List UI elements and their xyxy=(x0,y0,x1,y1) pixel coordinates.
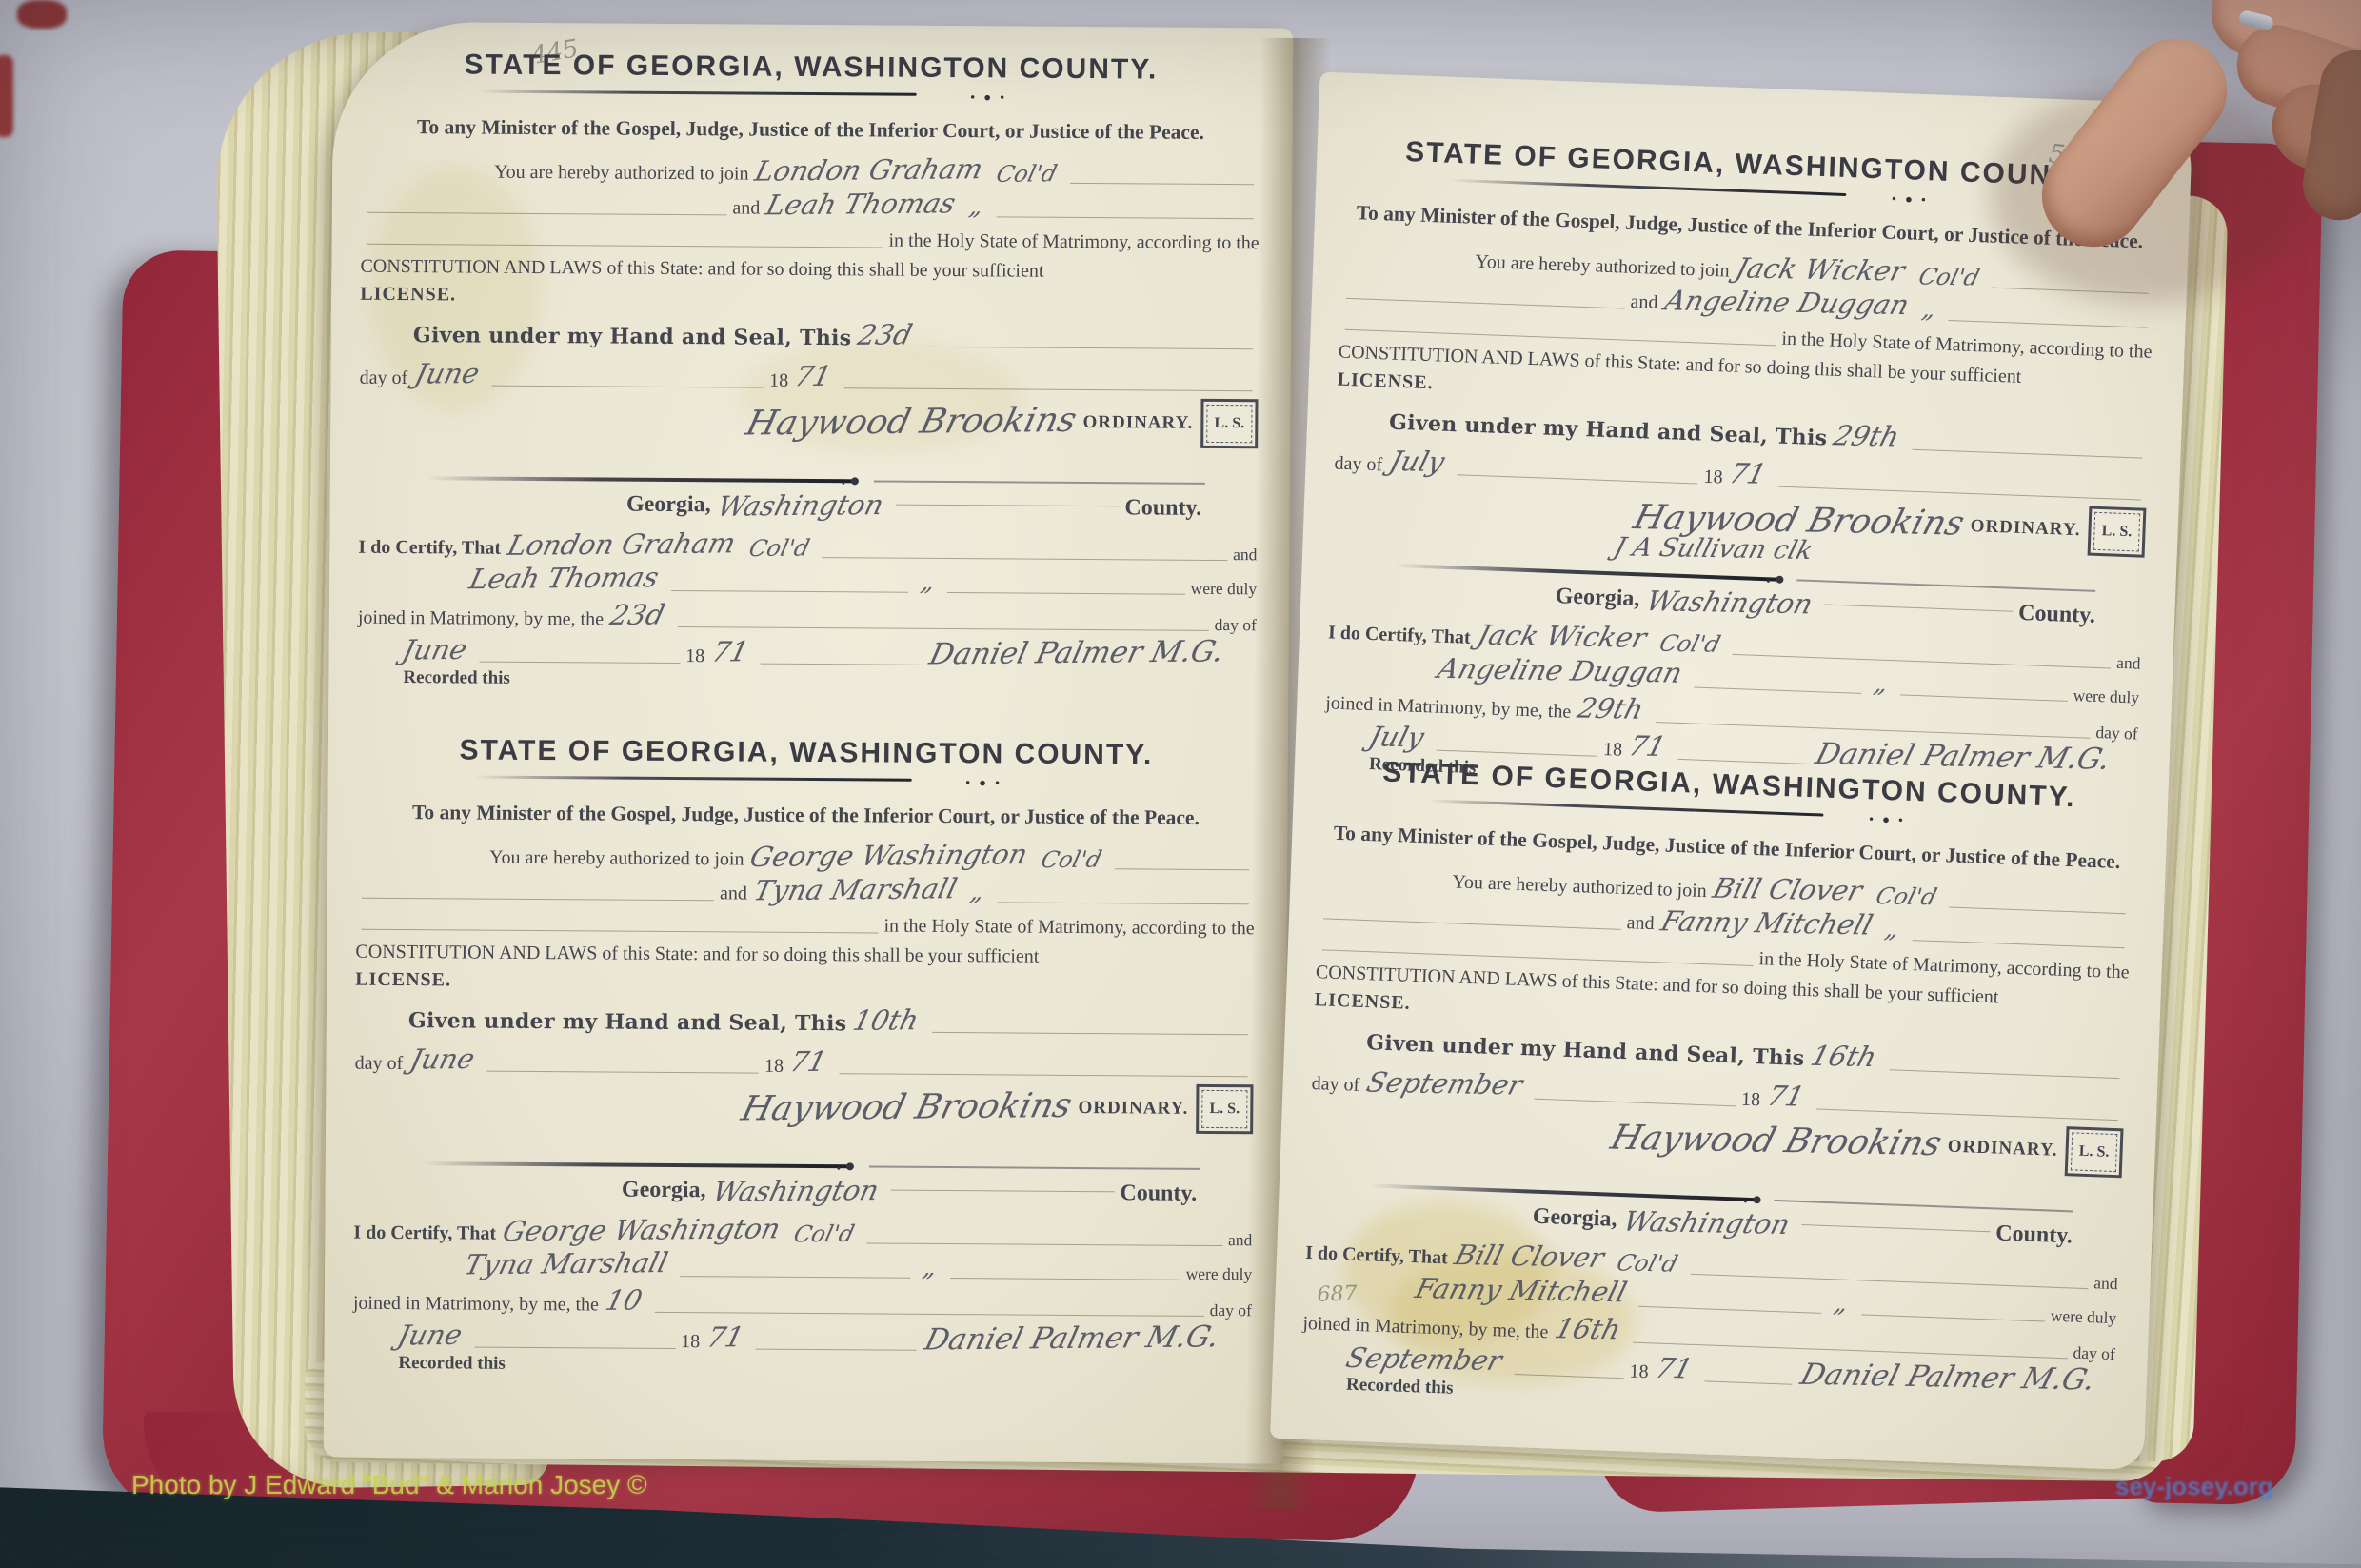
marriage-record-george-washington-tyna-marshall: STATE OF GEORGIA, WASHINGTON COUNTY. • ●… xyxy=(352,734,1256,1380)
photographer-url-watermark: sey-josey.org xyxy=(2115,1472,2273,1501)
ditto-mark: „ xyxy=(1882,915,1903,943)
form-addressee-line: To any Minister of the Gospel, Judge, Ju… xyxy=(1320,821,2133,874)
ditto-mark: „ xyxy=(1918,295,1939,324)
ordinary-signature-handwritten: Haywood Brookins xyxy=(743,400,1081,443)
and-edge-label: and xyxy=(2116,653,2141,674)
ruled-line xyxy=(367,244,883,248)
ditto-mark: „ xyxy=(918,568,938,597)
ditto-mark: „ xyxy=(921,1254,941,1282)
bride-name-handwritten: Fanny Mitchell xyxy=(1657,904,1876,941)
minister-signature-handwritten: Daniel Palmer M.G. xyxy=(925,634,1227,671)
ruled-line xyxy=(1825,604,2014,611)
cert-bride-name-handwritten: Fanny Mitchell xyxy=(1412,1272,1631,1308)
given-under-hand-seal-label: Given under my Hand and Seal, This xyxy=(413,323,852,350)
bride-name-handwritten: Leah Thomas xyxy=(764,187,960,221)
seal-ls-stamp: L. S. xyxy=(1196,1084,1253,1134)
given-under-hand-seal-label: Given under my Hand and Seal, This xyxy=(1389,410,1828,451)
georgia-label: Georgia, xyxy=(626,491,711,518)
ruled-line xyxy=(896,504,1119,506)
photo-artifact xyxy=(0,55,13,137)
day-of-edge-label: day of xyxy=(2073,1343,2115,1365)
ruled-line xyxy=(491,386,764,388)
day-of-edge-label: day of xyxy=(1210,1300,1252,1320)
cert-month-handwritten: June xyxy=(399,633,470,666)
cert-year-handwritten: 71 xyxy=(708,635,751,667)
ruled-line xyxy=(367,212,726,216)
marriage-license-form: STATE OF GEORGIA, WASHINGTON COUNTY. • ●… xyxy=(1300,754,2136,1423)
license-month-handwritten: June xyxy=(411,357,483,390)
ruled-line xyxy=(1802,1224,1991,1232)
groom-name-handwritten: Bill Clover xyxy=(1710,872,1866,907)
ruled-line xyxy=(932,1032,1248,1035)
year-printed-prefix: 18 xyxy=(1629,1360,1649,1383)
ruled-line xyxy=(1070,183,1254,185)
ruled-line xyxy=(680,1276,910,1279)
day-of-label: day of xyxy=(1334,452,1382,476)
ruled-line xyxy=(1900,694,2067,701)
minister-signature-handwritten: Daniel Palmer M.G. xyxy=(921,1320,1222,1357)
joined-matrimony-label: joined in Matrimony, by me, the xyxy=(358,607,604,631)
constitution-line: CONSTITUTION AND LAWS of this State: and… xyxy=(360,256,1259,285)
groom-race-handwritten: Col'd xyxy=(994,160,1060,188)
year-handwritten: 71 xyxy=(792,360,835,392)
ordinary-signature-handwritten: Haywood Brookins xyxy=(738,1085,1076,1128)
ruled-line xyxy=(1638,1306,1822,1314)
were-duly-label: were duly xyxy=(2050,1306,2116,1329)
county-label: County. xyxy=(1124,495,1201,522)
ruled-line xyxy=(486,1071,759,1074)
groom-race-handwritten: Col'd xyxy=(1039,846,1104,874)
ruled-line xyxy=(1949,906,2125,914)
license-day-handwritten: 10th xyxy=(850,1003,923,1037)
ditto-mark: „ xyxy=(1871,670,1892,699)
groom-name-handwritten: George Washington xyxy=(747,838,1031,873)
license-month-handwritten: September xyxy=(1362,1066,1525,1102)
license-label: LICENSE. xyxy=(360,284,1259,312)
cert-groom-name-handwritten: Jack Wicker xyxy=(1474,619,1650,654)
ruled-line xyxy=(671,590,908,593)
county-name-handwritten: Washington xyxy=(714,488,886,523)
georgia-label: Georgia, xyxy=(622,1177,706,1203)
ruled-line xyxy=(1534,1099,1736,1107)
ruled-line xyxy=(655,1312,1204,1317)
county-label: County. xyxy=(1995,1221,2073,1249)
county-name-handwritten: Washington xyxy=(709,1174,882,1208)
header-decorative-rule: • ● • xyxy=(433,85,1188,102)
cert-groom-name-handwritten: Bill Clover xyxy=(1451,1239,1607,1274)
were-duly-label: were duly xyxy=(1186,1264,1253,1284)
license-day-handwritten: 29th xyxy=(1831,419,1904,452)
cert-groom-race-handwritten: Col'd xyxy=(1614,1250,1680,1278)
section-divider-rule xyxy=(390,1157,1218,1174)
ruled-line xyxy=(1704,1380,1792,1384)
ruled-line xyxy=(1457,474,1698,484)
and-label: and xyxy=(1626,912,1655,935)
cert-day-handwritten: 29th xyxy=(1575,692,1648,725)
form-addressee-line: To any Minister of the Gospel, Judge, Ju… xyxy=(356,801,1255,831)
year-handwritten: 71 xyxy=(1764,1080,1808,1112)
certify-label: I do Certify, That xyxy=(1305,1242,1448,1269)
given-under-hand-seal-label: Given under my Hand and Seal, This xyxy=(408,1008,847,1036)
minister-signature-handwritten: Daniel Palmer M.G. xyxy=(1796,1358,2099,1398)
cert-day-handwritten: 23d xyxy=(607,598,668,631)
ruled-line xyxy=(1912,940,2124,948)
marriage-record-london-graham-leah-thomas: STATE OF GEORGIA, WASHINGTON COUNTY. • ●… xyxy=(357,49,1260,695)
year-printed-prefix: 18 xyxy=(764,1056,784,1078)
groom-race-handwritten: Col'd xyxy=(1915,264,1982,291)
cert-month-handwritten: June xyxy=(394,1319,466,1352)
cert-groom-name-handwritten: George Washington xyxy=(499,1212,783,1247)
ruled-line xyxy=(1889,1069,2119,1079)
seal-ls-stamp: L. S. xyxy=(2065,1126,2124,1178)
ruled-line xyxy=(475,1347,675,1349)
groom-name-handwritten: London Graham xyxy=(752,152,986,187)
cert-groom-race-handwritten: Col'd xyxy=(746,534,812,562)
photographer-watermark: Photo by J Edward "Bud" & Marion Josey © xyxy=(131,1470,647,1500)
and-edge-label: and xyxy=(2093,1273,2118,1294)
license-label: LICENSE. xyxy=(355,969,1254,998)
day-of-label: day of xyxy=(360,367,408,389)
year-printed-prefix: 18 xyxy=(681,1331,700,1353)
ruled-line xyxy=(844,387,1253,391)
county-name-handwritten: Washington xyxy=(1642,585,1815,620)
certify-label: I do Certify, That xyxy=(358,537,501,560)
seal-ls-stamp: L. S. xyxy=(2088,506,2147,558)
joined-matrimony-label: joined in Matrimony, by me, the xyxy=(1302,1313,1549,1343)
cert-groom-race-handwritten: Col'd xyxy=(1657,630,1723,658)
license-month-handwritten: July xyxy=(1386,445,1448,478)
year-printed-prefix: 18 xyxy=(1603,739,1623,762)
cert-year-handwritten: 71 xyxy=(704,1320,746,1353)
photo-of-marriage-record-book: 445 STATE OF GEORGIA, WASHINGTON COUNTY.… xyxy=(0,0,2361,1568)
matrimony-line: in the Holy State of Matrimony, accordin… xyxy=(1781,328,2153,364)
were-duly-label: were duly xyxy=(1191,579,1258,599)
ruled-line xyxy=(1861,1314,2045,1321)
ruled-line xyxy=(997,902,1248,904)
ruled-line xyxy=(756,1349,916,1351)
ruled-line xyxy=(925,347,1253,349)
cert-month-handwritten: September xyxy=(1342,1341,1505,1377)
ruled-line xyxy=(950,1278,1180,1280)
cert-day-handwritten: 16th xyxy=(1552,1312,1625,1345)
ruled-line xyxy=(823,557,1228,561)
cert-day-handwritten: 10 xyxy=(603,1284,645,1317)
county-label: County. xyxy=(1120,1181,1197,1207)
ditto-mark: „ xyxy=(1832,1290,1853,1319)
day-of-edge-label: day of xyxy=(2095,723,2138,744)
ruled-line xyxy=(840,1073,1248,1077)
constitution-line: CONSTITUTION AND LAWS of this State: and… xyxy=(355,942,1254,970)
authorize-label: You are hereby authorized to join xyxy=(489,847,744,871)
year-printed-prefix: 18 xyxy=(769,370,788,392)
recorded-this-label: Recorded this xyxy=(398,1353,1251,1379)
ordinary-label: ORDINARY. xyxy=(1082,412,1193,434)
ditto-mark: „ xyxy=(966,192,986,221)
joined-matrimony-label: joined in Matrimony, by me, the xyxy=(353,1293,599,1317)
bride-name-handwritten: Angeline Duggan xyxy=(1661,284,1913,321)
minister-signature-handwritten: Daniel Palmer M.G. xyxy=(1812,737,2114,777)
marriage-license-form: STATE OF GEORGIA, WASHINGTON COUNTY. • ●… xyxy=(352,734,1256,1380)
form-state-header: STATE OF GEORGIA, WASHINGTON COUNTY. xyxy=(362,49,1260,88)
cert-year-handwritten: 71 xyxy=(1652,1352,1696,1384)
form-state-header: STATE OF GEORGIA, WASHINGTON COUNTY. xyxy=(357,734,1256,773)
ruled-line xyxy=(947,592,1184,595)
county-label: County. xyxy=(2018,600,2096,628)
ordinary-label: ORDINARY. xyxy=(1078,1098,1188,1120)
year-printed-prefix: 18 xyxy=(685,645,704,667)
marriage-license-form: STATE OF GEORGIA, WASHINGTON COUNTY. • ●… xyxy=(357,49,1260,695)
authorize-label: You are hereby authorized to join xyxy=(494,162,748,186)
license-day-handwritten: 16th xyxy=(1808,1040,1881,1073)
seal-ls-stamp: L. S. xyxy=(1200,399,1258,448)
ruled-line xyxy=(891,1189,1114,1192)
ruled-line xyxy=(362,929,879,934)
georgia-label: Georgia, xyxy=(1555,584,1640,612)
header-decorative-rule: • ● • xyxy=(428,770,1183,787)
ruled-line xyxy=(996,216,1253,219)
and-label: and xyxy=(732,197,760,219)
ditto-mark: „ xyxy=(967,878,987,906)
groom-race-handwritten: Col'd xyxy=(1873,883,1939,910)
ruled-line xyxy=(1346,298,1624,309)
georgia-label: Georgia, xyxy=(1532,1203,1617,1232)
day-of-label: day of xyxy=(355,1053,404,1075)
ruled-line xyxy=(1948,320,2147,328)
year-handwritten: 71 xyxy=(787,1045,830,1078)
ruled-line xyxy=(480,662,680,664)
year-printed-prefix: 18 xyxy=(1703,466,1723,489)
cert-bride-name-handwritten: Leah Thomas xyxy=(466,561,663,595)
form-addressee-line: To any Minister of the Gospel, Judge, Ju… xyxy=(361,115,1260,146)
left-page: 445 STATE OF GEORGIA, WASHINGTON COUNTY.… xyxy=(324,21,1294,1463)
ruled-line xyxy=(866,1242,1222,1246)
cert-bride-name-handwritten: Tyna Marshall xyxy=(462,1246,671,1280)
cert-month-handwritten: July xyxy=(1365,721,1427,754)
matrimony-line: in the Holy State of Matrimony, accordin… xyxy=(1758,948,2130,983)
recorded-this-label: Recorded this xyxy=(403,667,1256,694)
ruled-line xyxy=(1694,686,1860,693)
matrimony-line: in the Holy State of Matrimony, accordin… xyxy=(888,230,1259,255)
license-day-handwritten: 23d xyxy=(855,318,916,351)
day-of-edge-label: day of xyxy=(1215,615,1257,635)
county-name-handwritten: Washington xyxy=(1619,1205,1793,1241)
ordinary-label: ORDINARY. xyxy=(1970,516,2081,541)
ruled-line xyxy=(677,626,1208,631)
given-under-hand-seal-label: Given under my Hand and Seal, This xyxy=(1366,1030,1805,1071)
cert-groom-race-handwritten: Col'd xyxy=(791,1221,857,1248)
matrimony-line: in the Holy State of Matrimony, accordin… xyxy=(883,916,1254,941)
photo-artifact xyxy=(17,0,67,29)
ordinary-label: ORDINARY. xyxy=(1947,1137,2058,1161)
cert-groom-name-handwritten: London Graham xyxy=(505,526,739,561)
ruled-line xyxy=(1678,759,1807,764)
ruled-line xyxy=(362,898,714,902)
ruled-line xyxy=(1912,449,2142,459)
certify-label: I do Certify, That xyxy=(1328,622,1471,648)
ruled-line xyxy=(1514,1374,1623,1379)
marriage-record-bill-clover-fanny-mitchell: STATE OF GEORGIA, WASHINGTON COUNTY. • ●… xyxy=(1300,754,2136,1423)
clerk-signature-handwritten: J A Sullivan clk xyxy=(1611,532,1816,566)
year-handwritten: 71 xyxy=(1726,457,1770,489)
certify-label: I do Certify, That xyxy=(353,1222,496,1245)
year-printed-prefix: 18 xyxy=(1741,1089,1761,1112)
ordinary-signature-handwritten: Haywood Brookins xyxy=(1607,1118,1946,1162)
section-divider-rule xyxy=(395,471,1222,488)
and-label: and xyxy=(720,883,747,904)
ruled-line xyxy=(1323,918,1620,929)
and-label: and xyxy=(1630,291,1658,314)
bride-name-handwritten: Tyna Marshall xyxy=(750,872,960,906)
groom-name-handwritten: Jack Wicker xyxy=(1733,252,1909,288)
cert-year-handwritten: 71 xyxy=(1626,730,1670,763)
were-duly-label: were duly xyxy=(2073,685,2139,708)
ruled-line xyxy=(1115,868,1249,870)
ruled-line xyxy=(1437,750,1597,757)
joined-matrimony-label: joined in Matrimony, by me, the xyxy=(1325,692,1572,723)
and-edge-label: and xyxy=(1233,545,1257,565)
cert-bride-name-handwritten: Angeline Duggan xyxy=(1435,652,1686,689)
day-of-label: day of xyxy=(1311,1073,1359,1097)
license-month-handwritten: June xyxy=(407,1042,478,1076)
ruled-line xyxy=(761,664,921,665)
